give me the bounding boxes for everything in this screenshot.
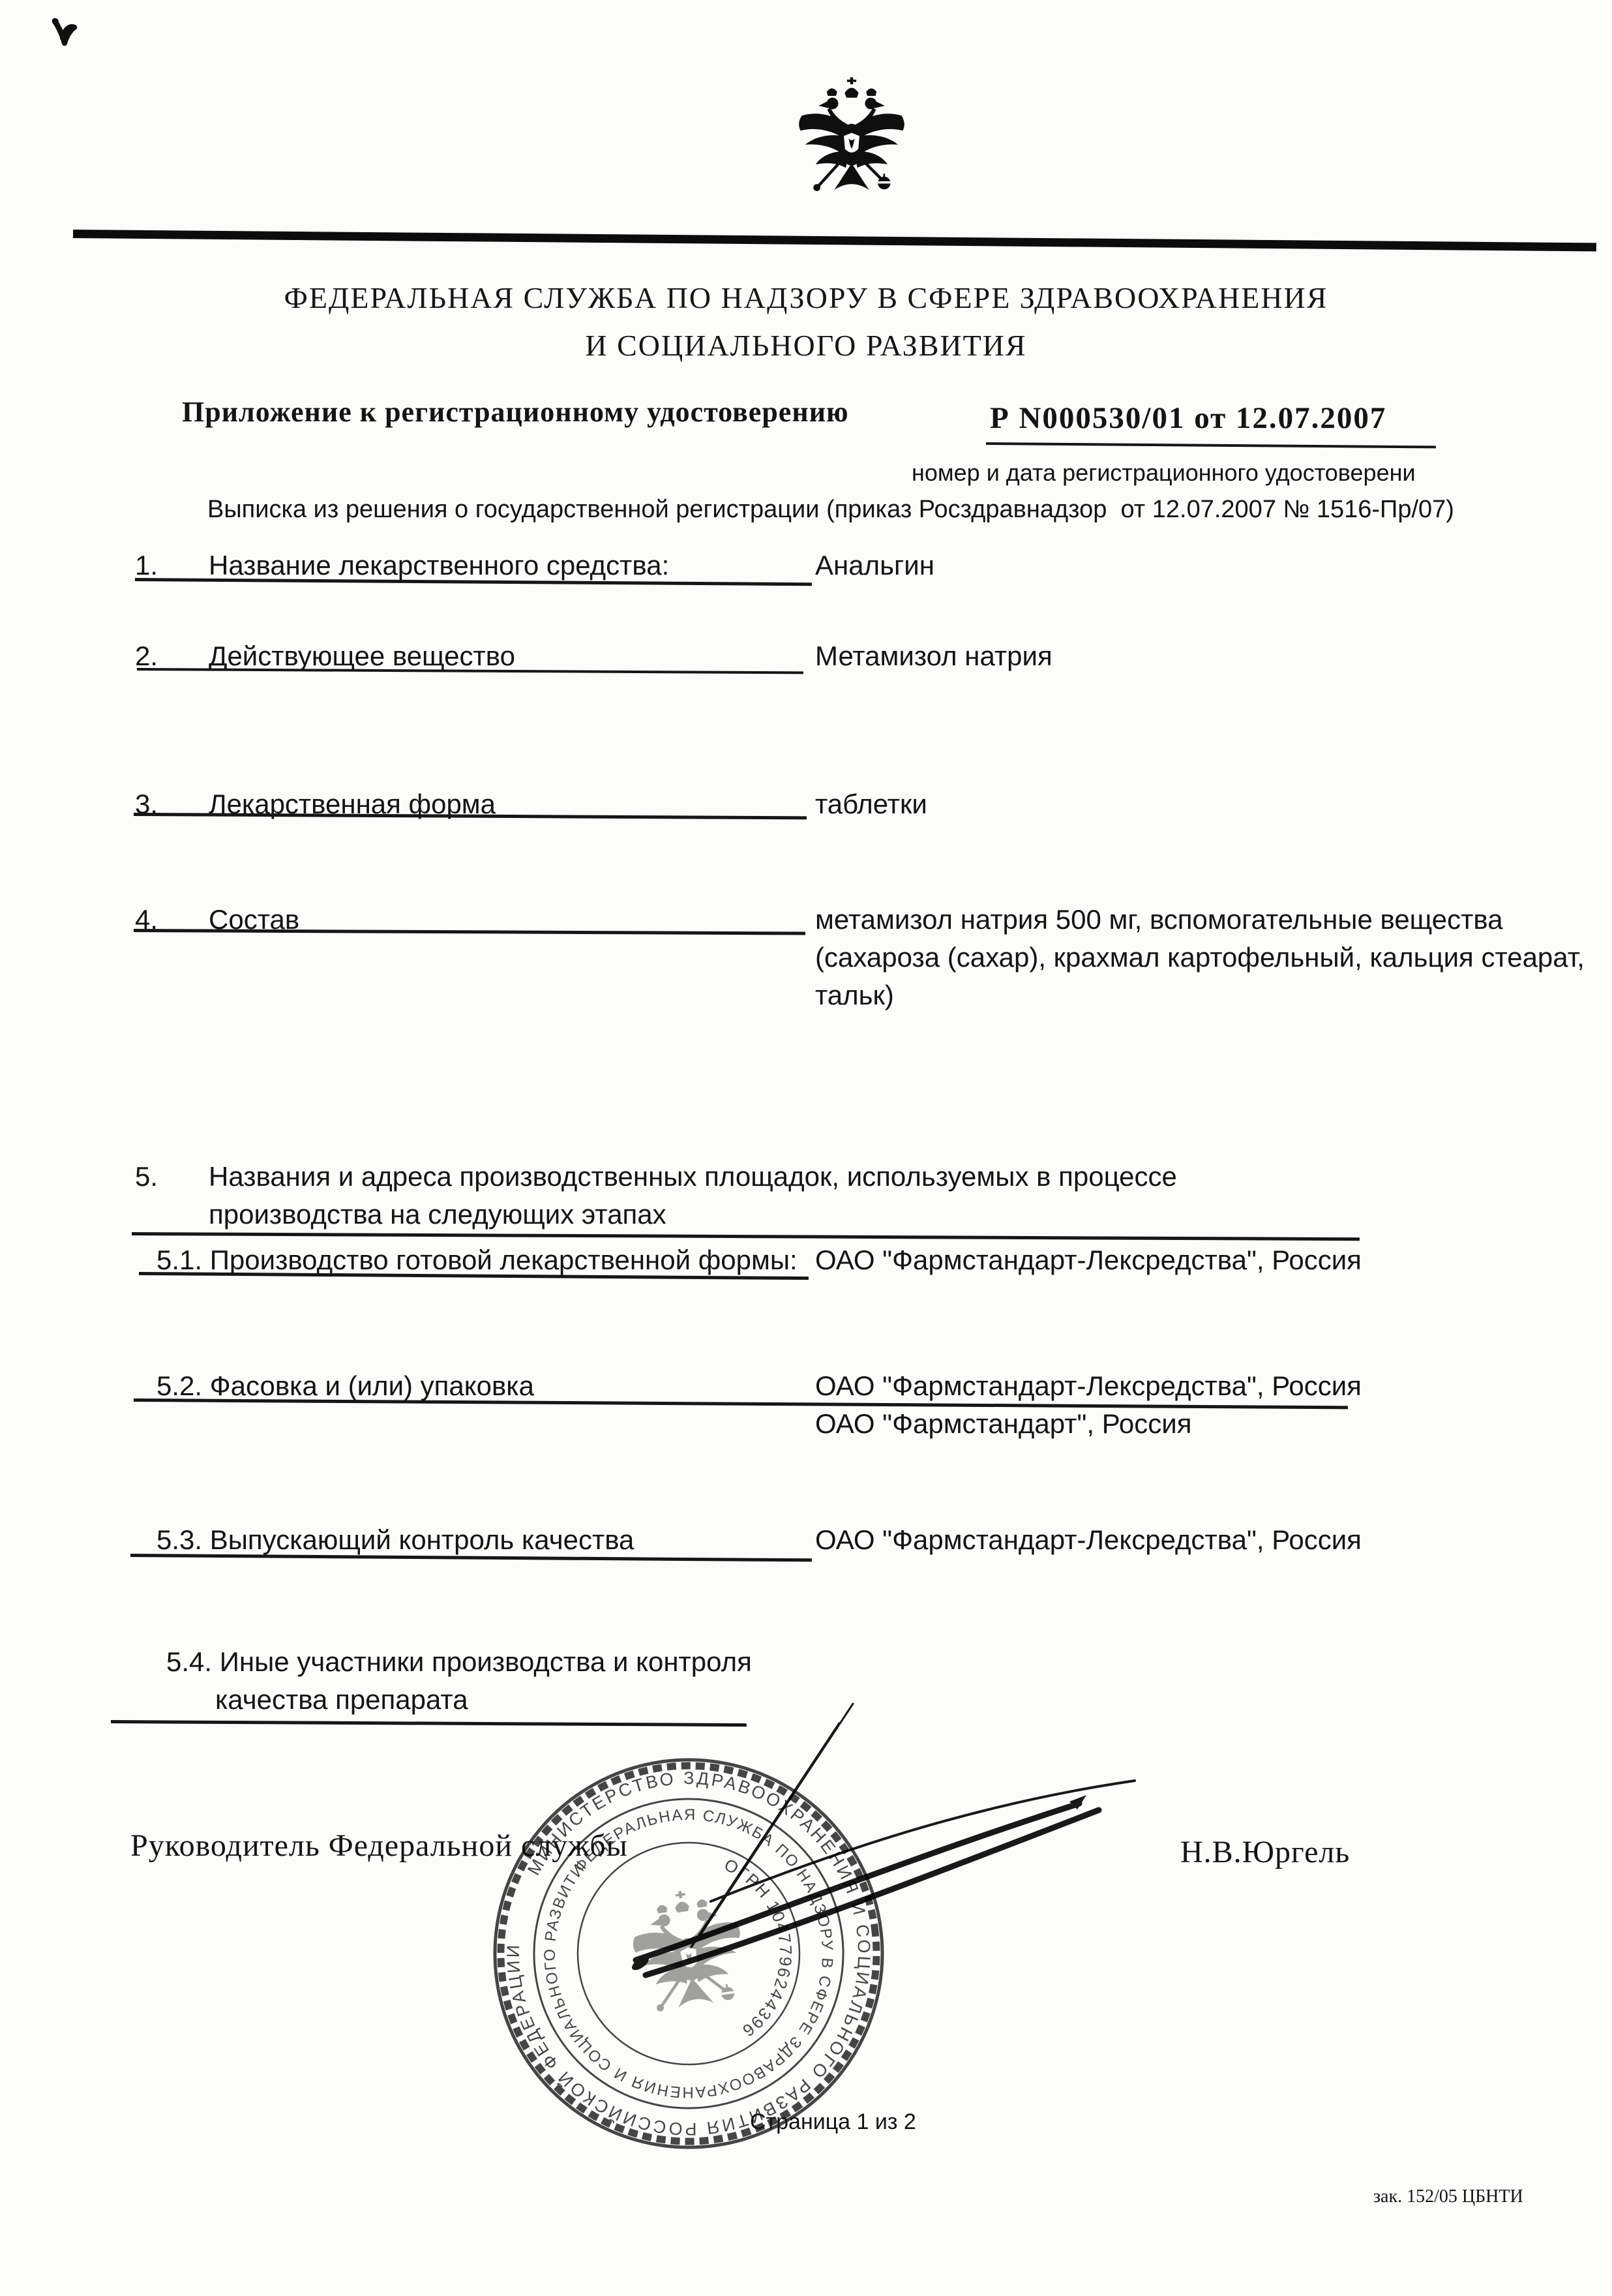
print-order-code: зак. 152/05 ЦБНТИ [1373, 2186, 1523, 2207]
document-page: ФЕДЕРАЛЬНАЯ СЛУЖБА ПО НАДЗОРУ В СФЕРЕ ЗД… [0, 0, 1612, 2296]
item-label: Названия и адреса производственных площа… [209, 1158, 1226, 1233]
subitem-value: ОАО "Фармстандарт-Лексредства", Россия [815, 1521, 1362, 1559]
item-number: 5. [135, 1158, 158, 1196]
agency-title-line2: И СОЦИАЛЬНОГО РАЗВИТИЯ [0, 328, 1612, 363]
header-rule [73, 230, 1596, 251]
item-number: 3. [135, 785, 158, 823]
item-value: таблетки [815, 785, 927, 823]
agency-title-line1: ФЕДЕРАЛЬНАЯ СЛУЖБА ПО НАДЗОРУ В СФЕРЕ ЗД… [0, 280, 1612, 315]
coat-of-arms-icon [794, 74, 910, 203]
registration-number: Р N000530/01 от 12.07.2007 [990, 400, 1386, 436]
signatory-name: Н.В.Юргель [1180, 1834, 1350, 1870]
item-label: Состав [209, 901, 299, 939]
handwritten-checkmark-icon [44, 12, 86, 53]
item-value: Анальгин [815, 547, 934, 584]
subitem-label: 5.3. Выпускающий контроль качества [157, 1521, 634, 1559]
subitem-value: ОАО "Фармстандарт-Лексредства", Россия [815, 1241, 1362, 1279]
item-number: 4. [135, 901, 158, 939]
registration-number-underline [986, 442, 1436, 448]
item-value: Метамизол натрия [815, 637, 1052, 675]
signature-strokes [613, 1683, 1161, 2029]
appendix-title: Приложение к регистрационному удостовере… [182, 395, 849, 429]
extract-line: Выписка из решения о государственной рег… [207, 496, 1454, 524]
page-indicator: Страница 1 из 2 [750, 2109, 916, 2135]
item-value: метамизол натрия 500 мг, вспомогательные… [815, 901, 1604, 1014]
registration-number-caption: номер и дата регистрационного удостовере… [912, 459, 1416, 487]
